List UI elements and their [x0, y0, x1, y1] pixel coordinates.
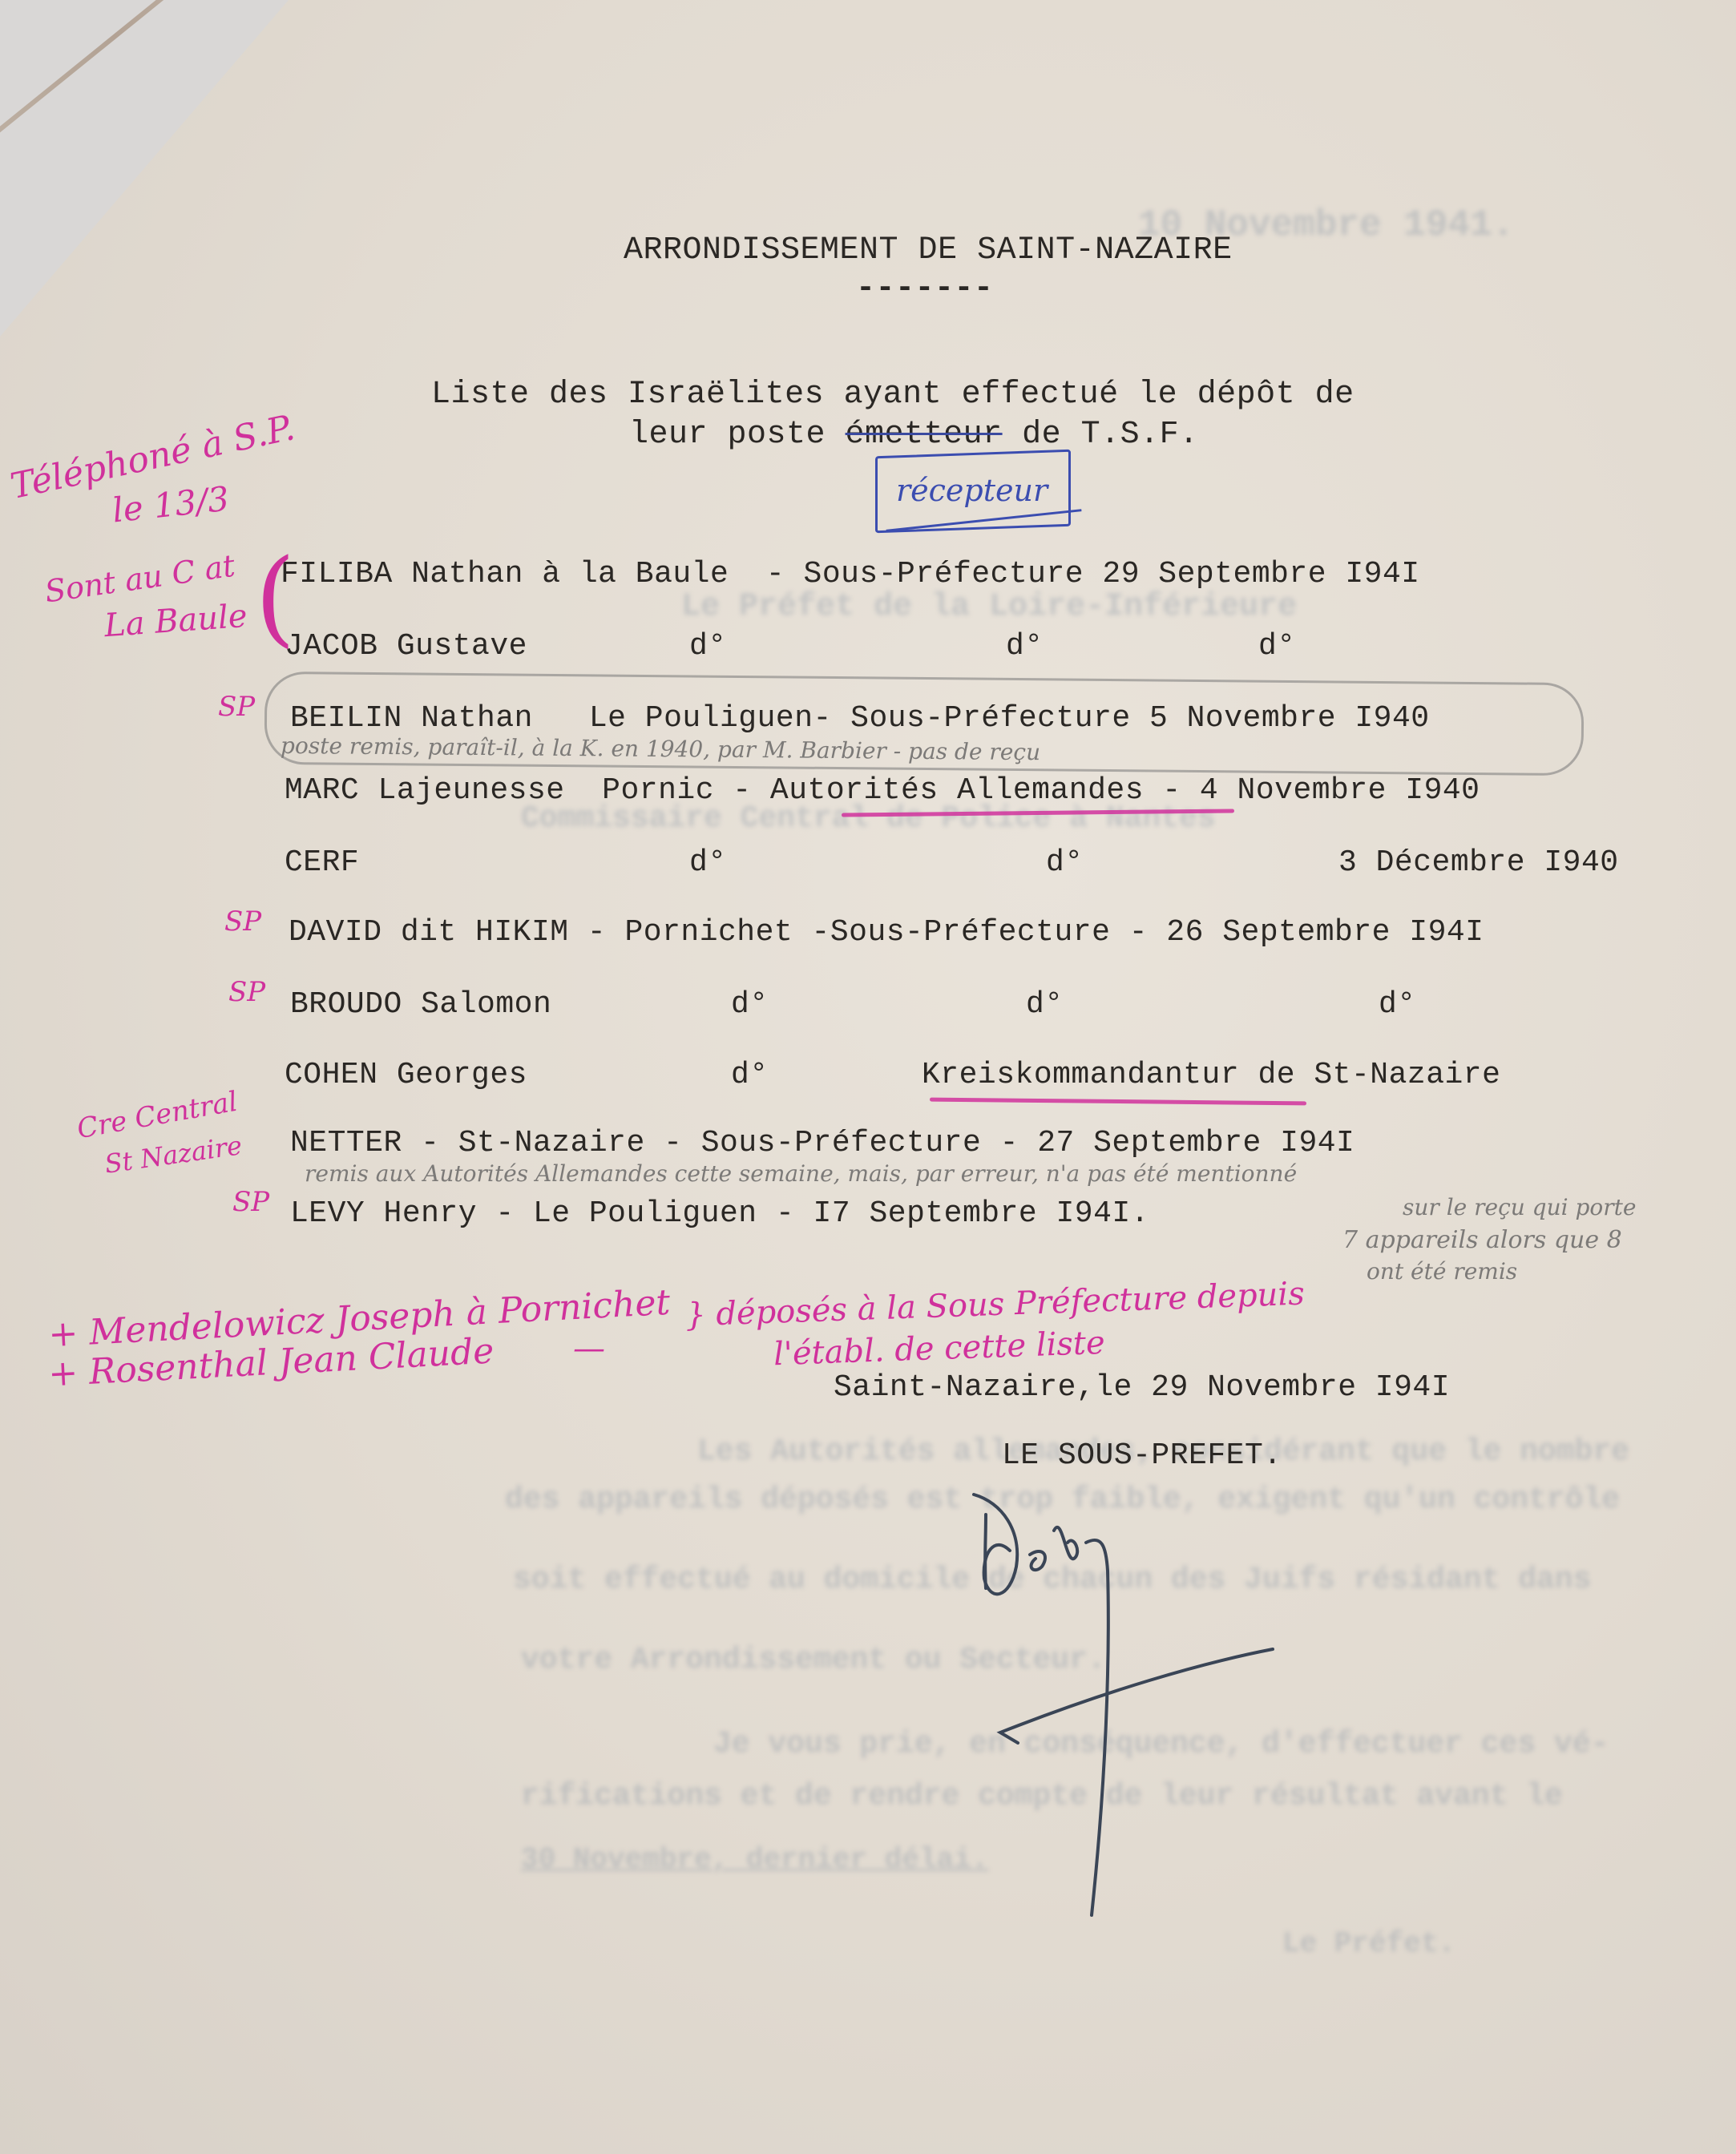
entry-row-cohen: COHEN Georges: [285, 1058, 527, 1092]
entry-date: - 26 Septembre I94I: [1129, 915, 1484, 950]
entry-row-netter: NETTER - St-Nazaire - Sous-Préfecture - …: [290, 1126, 1354, 1160]
bleed-through-line: Le Préfet de la Loire-Inférieure: [681, 589, 1297, 625]
entry-place: Pornic -: [602, 773, 751, 808]
entry-place: - St-Nazaire: [421, 1126, 645, 1160]
pencil-note-right: 7 appareils alors que 8: [1342, 1226, 1622, 1254]
entry-authority: Autorités Allemandes: [770, 773, 1144, 808]
struck-word: émetteur: [846, 417, 1003, 453]
document-title-line2: leur poste émetteur de T.S.F.: [629, 417, 1199, 453]
entry-place: d°: [731, 1058, 769, 1092]
entry-name: NETTER: [290, 1126, 402, 1160]
entry-row-jacob: JACOB Gustave: [285, 629, 527, 664]
entry-name: DAVID dit HIKIM: [289, 915, 569, 950]
entry-name: MARC Lajeunesse: [285, 773, 565, 808]
entry-row-cerf: CERF: [285, 845, 359, 880]
entry-place: - Pornichet: [587, 915, 793, 950]
entry-date: - I7 Septembre I94I.: [776, 1196, 1149, 1231]
sp-margin-mark: SP: [224, 906, 261, 938]
sp-margin-mark: SP: [218, 691, 255, 723]
entry-date: - 27 Septembre I94I: [1000, 1126, 1355, 1160]
entry-date: d°: [1379, 987, 1416, 1022]
entry-place: d°: [731, 987, 769, 1022]
entry-row-david: DAVID dit HIKIM - Pornichet -Sous-Préfec…: [289, 915, 1484, 950]
underlying-page-corner: [0, 0, 289, 337]
entry-date: d°: [1258, 629, 1296, 664]
entry-place: d°: [689, 629, 727, 664]
pink-added-dash: —: [573, 1330, 605, 1367]
entry-name: LEVY Henry: [290, 1196, 477, 1231]
entry-name: FILIBA Nathan à la Baule: [281, 557, 729, 591]
entry-date: 5 Novembre I940: [1149, 701, 1430, 736]
entry-row-filiba: FILIBA Nathan à la Baule - Sous-Préfectu…: [281, 557, 1420, 591]
entry-authority: - Sous-Préfecture: [766, 557, 1084, 591]
entry-row-levy: LEVY Henry - Le Pouliguen - I7 Septembre…: [290, 1196, 1149, 1231]
entry-authority: Kreiskommandantur de St-Nazaire: [922, 1058, 1500, 1092]
entry-authority: -Sous-Préfecture: [812, 915, 1111, 950]
correction-word: récepteur: [896, 473, 1048, 508]
pencil-note-right: ont été remis: [1367, 1258, 1517, 1285]
sp-margin-mark: SP: [228, 976, 265, 1008]
signature: [882, 1458, 1443, 1955]
entry-row-marc: MARC Lajeunesse Pornic - Autorités Allem…: [285, 773, 1480, 808]
entry-authority: d°: [1006, 629, 1044, 664]
entry-authority: d°: [1046, 845, 1084, 880]
entry-authority: - Sous-Préfecture: [664, 1126, 981, 1160]
entry-date: 29 Septembre I94I: [1102, 557, 1419, 591]
entry-date: 3 Décembre I940: [1338, 845, 1619, 880]
entry-date: - 4 Novembre I940: [1162, 773, 1480, 808]
entry-name: JACOB Gustave: [285, 629, 527, 664]
entry-authority: d°: [1026, 987, 1064, 1022]
pencil-note-netter: remis aux Autorités Allemandes cette sem…: [305, 1160, 1297, 1187]
document-title-line1: Liste des Israëlites ayant effectué le d…: [431, 377, 1354, 413]
title-text: de T.S.F.: [1003, 417, 1199, 453]
header-rule: -------: [856, 271, 994, 307]
entry-place: Le Pouliguen-: [589, 701, 832, 736]
pink-bracket: (: [255, 545, 296, 649]
entry-row-beilin: BEILIN Nathan Le Pouliguen- Sous-Préfect…: [290, 701, 1430, 736]
pencil-note-right: sur le reçu qui porte: [1403, 1194, 1636, 1220]
entry-row-broudo: BROUDO Salomon: [290, 987, 551, 1022]
place-date: Saint-Nazaire,le 29 Novembre I94I: [834, 1370, 1450, 1405]
entry-place: - Le Pouliguen: [495, 1196, 757, 1231]
entry-place: d°: [689, 845, 727, 880]
sp-margin-mark: SP: [232, 1186, 269, 1218]
document-header: ARRONDISSEMENT DE SAINT-NAZAIRE: [624, 232, 1233, 268]
entry-name: BEILIN Nathan: [290, 701, 533, 736]
entry-authority: Sous-Préfecture: [850, 701, 1131, 736]
title-text: leur poste: [629, 417, 846, 453]
